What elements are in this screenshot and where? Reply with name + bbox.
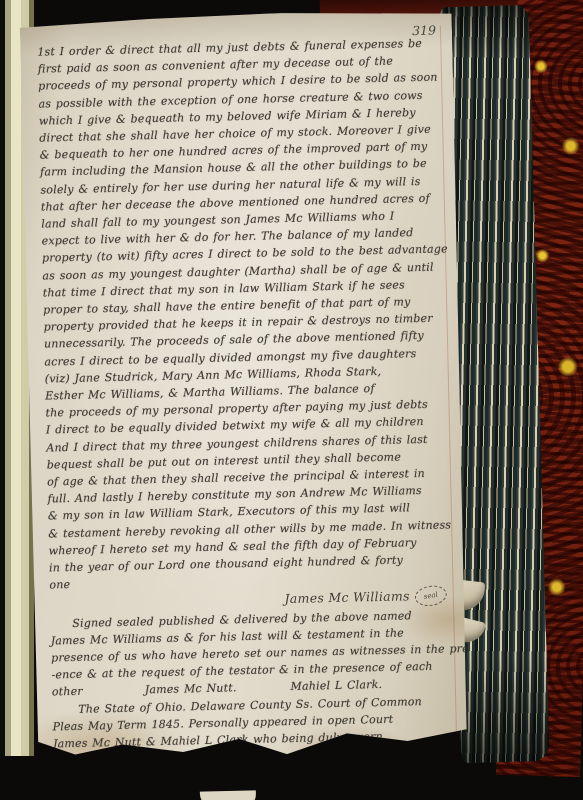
record-book-photo: 319 1st I order & direct that all my jus… [0, 0, 583, 800]
seal-mark: seal [413, 583, 448, 608]
witness-signature: James Mc Nutt. [145, 680, 237, 699]
closing-word: other [52, 683, 83, 701]
manuscript-page: 319 1st I order & direct that all my jus… [20, 9, 469, 763]
testator-signature: James Mc Williams [284, 587, 410, 608]
manuscript-text: 1st I order & direct that all my just de… [20, 9, 469, 763]
torn-paper-tab [200, 790, 256, 800]
witness-signature: Mahiel L Clark. [290, 676, 382, 695]
